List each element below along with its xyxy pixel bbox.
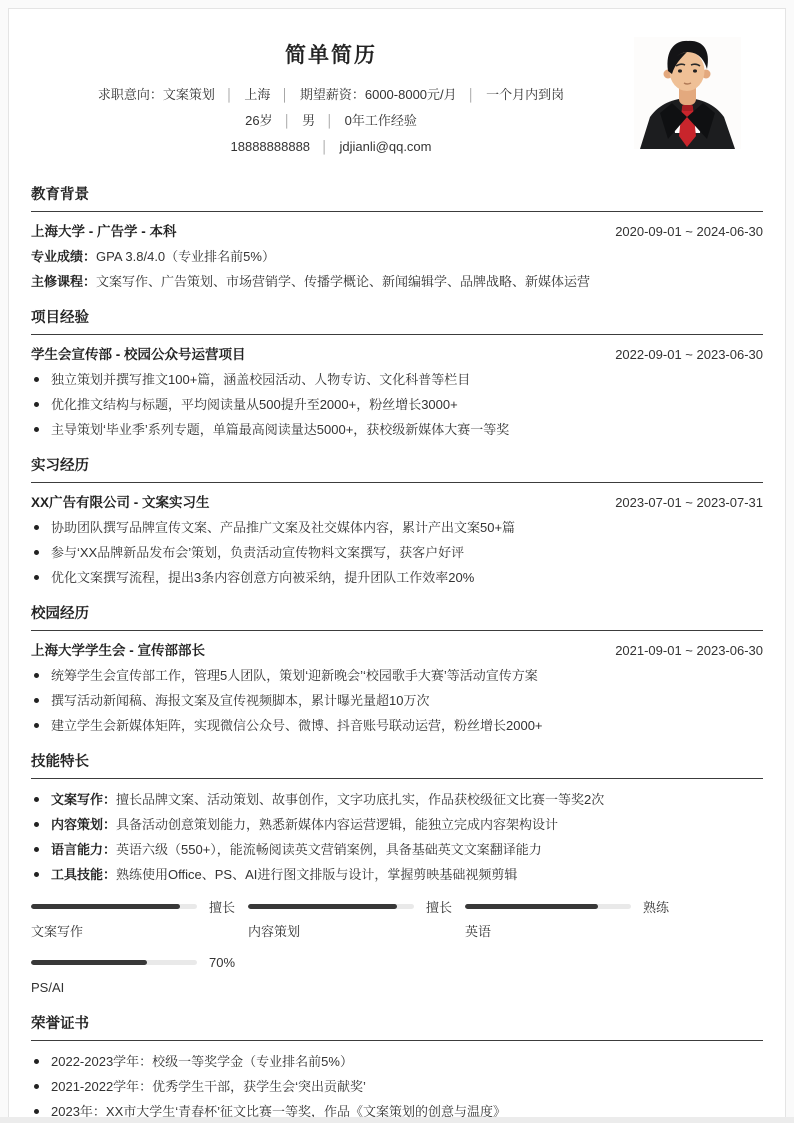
bullet-icon <box>34 377 39 382</box>
bullet-text: 优化文案撰写流程，提出3条内容创意方向被采纳，提升团队工作效率20% <box>51 568 474 587</box>
company-name: XX广告有限公司 - 文案实习生 <box>31 494 210 512</box>
list-item: 独立策划并撰写推文100+篇，涵盖校园活动、人物专访、文化科普等栏目 <box>31 370 763 389</box>
bullet-text: 统筹学生会宣传部工作，管理5人团队，策划‘迎新晚会’‘校园歌手大赛’等活动宣传方… <box>51 666 538 685</box>
row-label: 主修课程： <box>31 274 96 289</box>
bullet-icon <box>34 402 39 407</box>
row-text: 文案写作、广告策划、市场营销学、传播学概论、新闻编辑学、品牌战略、新媒体运营 <box>96 274 590 289</box>
skill-label: 语言能力： <box>51 842 116 857</box>
bullet-text: 协助团队撰写品牌宣传文案、产品推广文案及社交媒体内容，累计产出文案50+篇 <box>51 518 515 537</box>
school-name: 上海大学 - 广告学 - 本科 <box>31 223 177 241</box>
internship-entry: XX广告有限公司 - 文案实习生 2023-07-01 ~ 2023-07-31 <box>31 494 763 512</box>
bullet-icon <box>34 525 39 530</box>
row-label: 专业成绩： <box>31 249 96 264</box>
bullet-icon <box>34 1084 39 1089</box>
bullet-icon <box>34 1109 39 1114</box>
page-title: 简单简历 <box>31 39 631 69</box>
skill-desc: 擅长品牌文案、活动策划、故事创作，文字功底扎实，作品获校级征文比赛一等奖2次 <box>116 792 604 807</box>
bullet-icon <box>34 1059 39 1064</box>
skill-level: 熟练 <box>643 897 669 916</box>
skill-bar-track <box>31 960 197 965</box>
gender: 男 <box>302 113 315 128</box>
list-item: 优化推文结构与标题，平均阅读量从500提升至2000+，粉丝增长3000+ <box>31 395 763 414</box>
phone-number: 18888888888 <box>231 139 311 154</box>
skill-bar-track <box>465 904 631 909</box>
divider: │ <box>326 114 334 128</box>
row-text: GPA 3.8/4.0（专业排名前5%） <box>96 249 275 264</box>
bullet-icon <box>34 723 39 728</box>
skill-bar-fill <box>465 904 598 909</box>
skill-bar-fill <box>31 904 180 909</box>
resume-page: 简单简历 求职意向：文案策划│上海│期望薪资：6000-8000元/月│一个月内… <box>8 8 786 1118</box>
bullet-text: 语言能力：英语六级（550+），能流畅阅读英文营销案例，具备基础英文文案翻译能力 <box>51 840 542 859</box>
skill-bar-cell: 擅长 文案写作 <box>31 900 248 941</box>
expected-salary: 期望薪资：6000-8000元/月 <box>300 87 457 102</box>
list-item: 内容策划：具备活动创意策划能力，熟悉新媒体内容运营逻辑，能独立完成内容架构设计 <box>31 815 763 834</box>
bullet-icon <box>34 822 39 827</box>
bullet-text: 2023年：XX市大学生‘青春杯’征文比赛一等奖，作品《文案策划的创意与温度》 <box>51 1102 506 1118</box>
skill-bar-fill <box>31 960 147 965</box>
section-campus: 校园经历 上海大学学生会 - 宣传部部长 2021-09-01 ~ 2023-0… <box>31 605 763 735</box>
skill-bar-cell: 熟练 英语 <box>465 900 682 941</box>
section-title: 荣誉证书 <box>31 1015 763 1041</box>
bullet-text: 撰写活动新闻稿、海报文案及宣传视频脚本，累计曝光量超10万次 <box>51 691 429 710</box>
courses-row: 主修课程：文案写作、广告策划、市场营销学、传播学概论、新闻编辑学、品牌战略、新媒… <box>31 272 763 291</box>
bullet-text: 建立学生会新媒体矩阵，实现微信公众号、微博、抖音账号联动运营，粉丝增长2000+ <box>51 716 543 735</box>
education-entry: 上海大学 - 广告学 - 本科 2020-09-01 ~ 2024-06-30 <box>31 223 763 241</box>
skill-bar-cell: 70% PS/AI <box>31 956 248 997</box>
skill-bar-track <box>31 904 197 909</box>
skill-name: 英语 <box>465 923 682 941</box>
list-item: 参与‘XX品牌新品发布会’策划，负责活动宣传物料文案撰写，获客户好评 <box>31 543 763 562</box>
section-title: 实习经历 <box>31 457 763 483</box>
section-education: 教育背景 上海大学 - 广告学 - 本科 2020-09-01 ~ 2024-0… <box>31 186 763 291</box>
project-name: 学生会宣传部 - 校园公众号运营项目 <box>31 346 246 364</box>
list-item: 主导策划‘毕业季’系列专题，单篇最高阅读量达5000+，获校级新媒体大赛一等奖 <box>31 420 763 439</box>
divider: │ <box>321 140 329 154</box>
work-years: 0年工作经验 <box>345 113 417 128</box>
section-title: 校园经历 <box>31 605 763 631</box>
bullet-icon <box>34 797 39 802</box>
gpa-row: 专业成绩：GPA 3.8/4.0（专业排名前5%） <box>31 247 763 266</box>
bullet-icon <box>34 673 39 678</box>
bullet-text: 内容策划：具备活动创意策划能力，熟悉新媒体内容运营逻辑，能独立完成内容架构设计 <box>51 815 558 834</box>
email-address: jdjianli@qq.com <box>340 139 432 154</box>
skill-level: 擅长 <box>426 897 452 916</box>
divider: │ <box>281 88 289 102</box>
bullet-icon <box>34 847 39 852</box>
skill-desc: 英语六级（550+），能流畅阅读英文营销案例，具备基础英文文案翻译能力 <box>116 842 542 857</box>
skill-bar-fill <box>248 904 397 909</box>
divider: │ <box>468 88 476 102</box>
bullet-text: 工具技能：熟练使用Office、PS、AI进行图文排版与设计，掌握剪映基础视频剪… <box>51 865 517 884</box>
list-item: 文案写作：擅长品牌文案、活动策划、故事创作，文字功底扎实，作品获校级征文比赛一等… <box>31 790 763 809</box>
skill-bar-cell: 擅长 内容策划 <box>248 900 465 941</box>
date-range: 2023-07-01 ~ 2023-07-31 <box>615 494 763 512</box>
skill-label: 内容策划： <box>51 817 116 832</box>
location: 上海 <box>244 87 270 102</box>
skill-level: 擅长 <box>209 897 235 916</box>
date-range: 2020-09-01 ~ 2024-06-30 <box>615 223 763 241</box>
campus-entry: 上海大学学生会 - 宣传部部长 2021-09-01 ~ 2023-06-30 <box>31 642 763 660</box>
list-item: 协助团队撰写品牌宣传文案、产品推广文案及社交媒体内容，累计产出文案50+篇 <box>31 518 763 537</box>
list-item: 工具技能：熟练使用Office、PS、AI进行图文排版与设计，掌握剪映基础视频剪… <box>31 865 763 884</box>
list-item: 2021-2022学年：优秀学生干部，获学生会‘突出贡献奖’ <box>31 1077 763 1096</box>
bullet-text: 优化推文结构与标题，平均阅读量从500提升至2000+，粉丝增长3000+ <box>51 395 458 414</box>
skill-bars: 擅长 文案写作 擅长 内容策划 熟练 英语 <box>31 900 763 997</box>
bullet-icon <box>34 575 39 580</box>
list-item: 2022-2023学年：校级一等奖学金（专业排名前5%） <box>31 1052 763 1071</box>
skill-desc: 具备活动创意策划能力，熟悉新媒体内容运营逻辑，能独立完成内容架构设计 <box>116 817 558 832</box>
bullet-text: 2021-2022学年：优秀学生干部，获学生会‘突出贡献奖’ <box>51 1077 366 1096</box>
list-item: 建立学生会新媒体矩阵，实现微信公众号、微博、抖音账号联动运营，粉丝增长2000+ <box>31 716 763 735</box>
date-range: 2022-09-01 ~ 2023-06-30 <box>615 346 763 364</box>
date-range: 2021-09-01 ~ 2023-06-30 <box>615 642 763 660</box>
list-item: 语言能力：英语六级（550+），能流畅阅读英文营销案例，具备基础英文文案翻译能力 <box>31 840 763 859</box>
bullet-icon <box>34 550 39 555</box>
age: 26岁 <box>245 113 272 128</box>
skill-level: 70% <box>209 955 235 970</box>
section-title: 技能特长 <box>31 753 763 779</box>
skill-name: 内容策划 <box>248 923 465 941</box>
skill-desc: 熟练使用Office、PS、AI进行图文排版与设计，掌握剪映基础视频剪辑 <box>116 867 517 882</box>
contact-line-2: 26岁│男│0年工作经验 <box>31 108 631 134</box>
bullet-icon <box>34 698 39 703</box>
section-title: 教育背景 <box>31 186 763 212</box>
profile-photo <box>634 37 741 149</box>
bullet-icon <box>34 872 39 877</box>
bullet-text: 2022-2023学年：校级一等奖学金（专业排名前5%） <box>51 1052 353 1071</box>
contact-line-3: 18888888888│jdjianli@qq.com <box>31 134 631 160</box>
skill-name: 文案写作 <box>31 923 248 941</box>
list-item: 统筹学生会宣传部工作，管理5人团队，策划‘迎新晚会’‘校园歌手大赛’等活动宣传方… <box>31 666 763 685</box>
skill-label: 文案写作： <box>51 792 116 807</box>
bullet-icon <box>34 427 39 432</box>
skill-bar-track <box>248 904 414 909</box>
job-intention: 求职意向：文案策划 <box>98 87 215 102</box>
contact-line-1: 求职意向：文案策划│上海│期望薪资：6000-8000元/月│一个月内到岗 <box>31 82 631 108</box>
organization-name: 上海大学学生会 - 宣传部部长 <box>31 642 205 660</box>
header-text: 简单简历 求职意向：文案策划│上海│期望薪资：6000-8000元/月│一个月内… <box>31 39 631 160</box>
page-bottom-edge <box>0 1117 794 1123</box>
section-honors: 荣誉证书 2022-2023学年：校级一等奖学金（专业排名前5%） 2021-2… <box>31 1015 763 1118</box>
list-item: 撰写活动新闻稿、海报文案及宣传视频脚本，累计曝光量超10万次 <box>31 691 763 710</box>
skill-label: 工具技能： <box>51 867 116 882</box>
divider: │ <box>284 114 292 128</box>
bullet-text: 主导策划‘毕业季’系列专题，单篇最高阅读量达5000+，获校级新媒体大赛一等奖 <box>51 420 509 439</box>
bullet-text: 参与‘XX品牌新品发布会’策划，负责活动宣传物料文案撰写，获客户好评 <box>51 543 464 562</box>
project-entry: 学生会宣传部 - 校园公众号运营项目 2022-09-01 ~ 2023-06-… <box>31 346 763 364</box>
list-item: 2023年：XX市大学生‘青春杯’征文比赛一等奖，作品《文案策划的创意与温度》 <box>31 1102 763 1118</box>
bullet-text: 文案写作：擅长品牌文案、活动策划、故事创作，文字功底扎实，作品获校级征文比赛一等… <box>51 790 604 809</box>
resume-header: 简单简历 求职意向：文案策划│上海│期望薪资：6000-8000元/月│一个月内… <box>31 39 763 160</box>
availability: 一个月内到岗 <box>486 87 564 102</box>
section-project: 项目经验 学生会宣传部 - 校园公众号运营项目 2022-09-01 ~ 202… <box>31 309 763 439</box>
skill-name: PS/AI <box>31 979 248 997</box>
section-skills: 技能特长 文案写作：擅长品牌文案、活动策划、故事创作，文字功底扎实，作品获校级征… <box>31 753 763 997</box>
divider: │ <box>226 88 234 102</box>
section-title: 项目经验 <box>31 309 763 335</box>
list-item: 优化文案撰写流程，提出3条内容创意方向被采纳，提升团队工作效率20% <box>31 568 763 587</box>
section-internship: 实习经历 XX广告有限公司 - 文案实习生 2023-07-01 ~ 2023-… <box>31 457 763 587</box>
bullet-text: 独立策划并撰写推文100+篇，涵盖校园活动、人物专访、文化科普等栏目 <box>51 370 470 389</box>
